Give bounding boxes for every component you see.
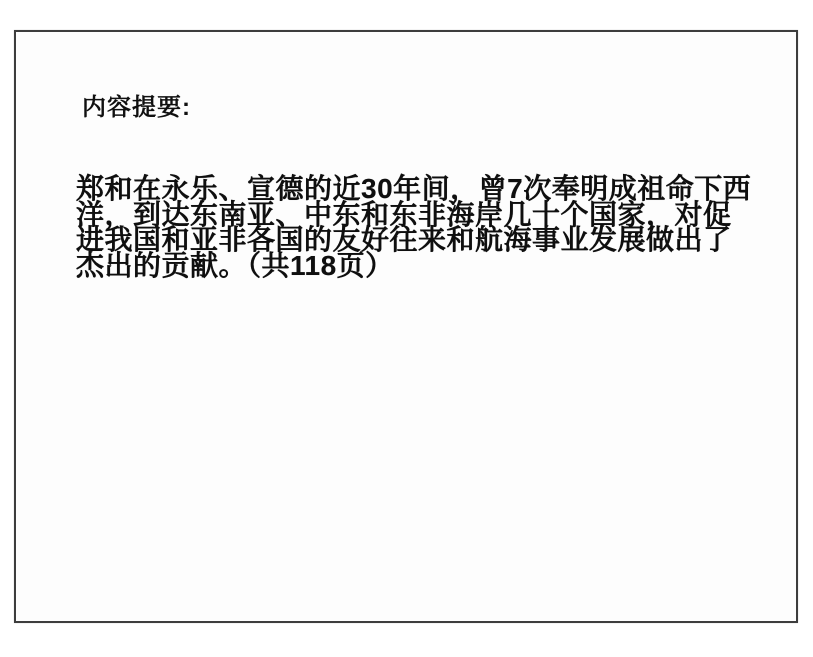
body-line: 杰出的贡献。（共118页） [76, 253, 768, 279]
document-page: 内容提要: 郑和在永乐、宣德的近30年间，曾7次奉明成祖命下西 洋，到达东南亚、… [0, 0, 813, 657]
body-line: 进我国和亚非各国的友好往来和航海事业发展做出了 [76, 227, 768, 253]
slide-body-paragraph: 郑和在永乐、宣德的近30年间，曾7次奉明成祖命下西 洋，到达东南亚、中东和东非海… [76, 176, 768, 278]
slide-heading: 内容提要: [82, 94, 191, 122]
slide-frame: 内容提要: 郑和在永乐、宣德的近30年间，曾7次奉明成祖命下西 洋，到达东南亚、… [14, 30, 798, 623]
body-line: 郑和在永乐、宣德的近30年间，曾7次奉明成祖命下西 [76, 176, 768, 202]
